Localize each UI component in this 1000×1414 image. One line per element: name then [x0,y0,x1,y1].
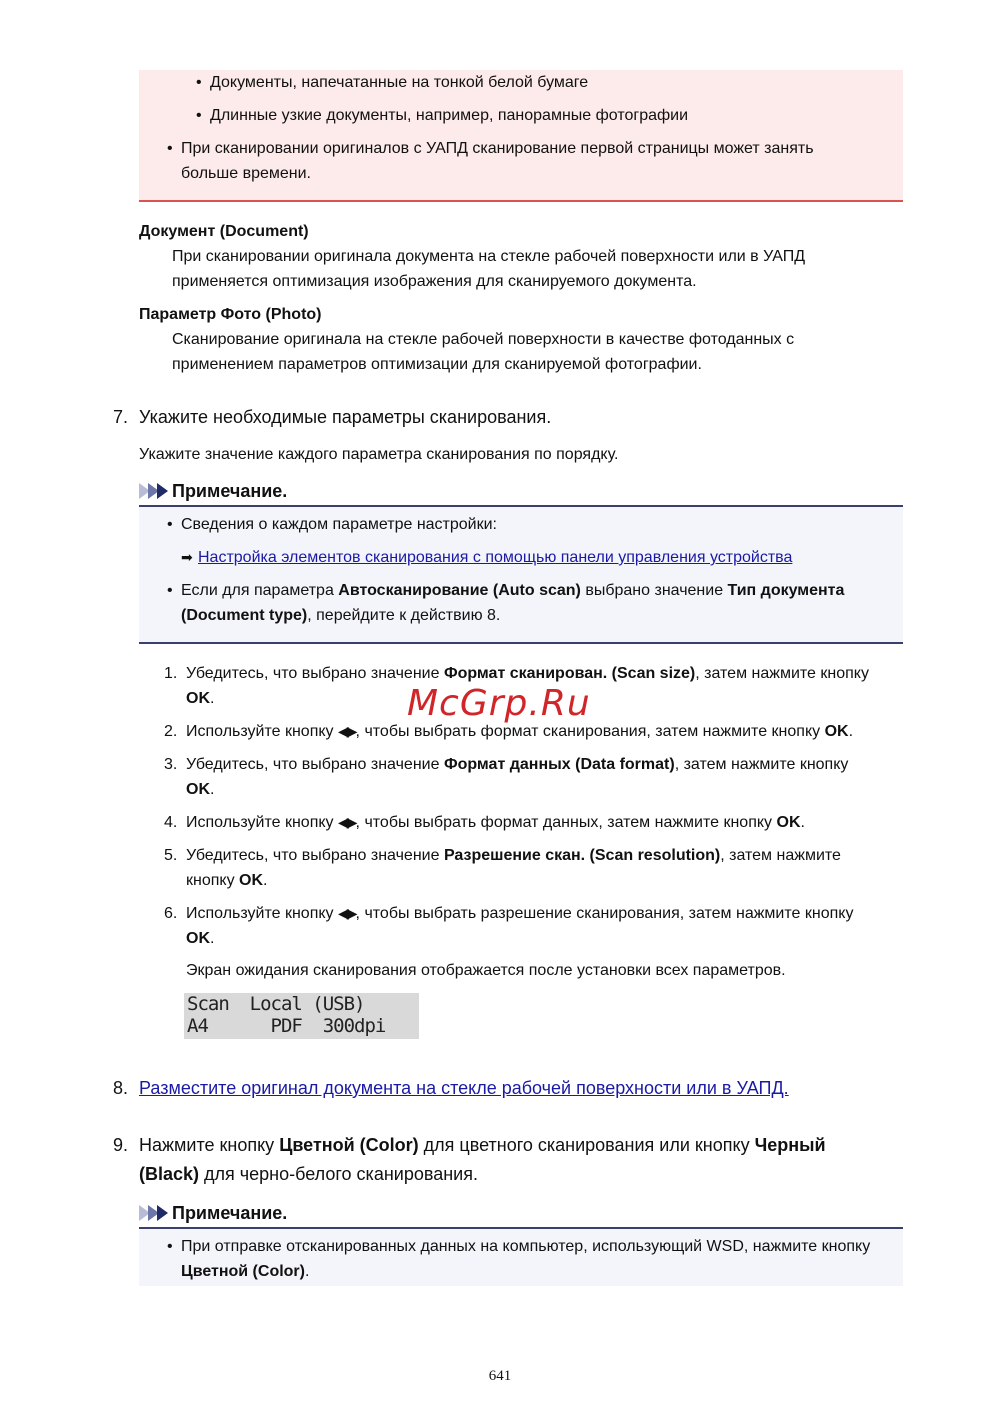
caution-subitem: Документы, напечатанные на тонкой белой … [210,70,588,95]
bullet: • [167,512,173,537]
note-item: Если для параметра Автосканирование (Aut… [181,578,844,603]
page-number: 641 [0,1368,1000,1385]
lcd-row-2: A4 PDF 300dpi [187,1015,419,1037]
caution-item-line1: При сканировании оригиналов с УАПД скани… [181,136,814,161]
watermark: McGrp.Ru [407,684,591,724]
note-item-cont: (Document type), перейдите к действию 8. [181,603,500,628]
definition-term: Параметр Фото (Photo) [139,302,322,327]
step-number: 7. [113,404,128,430]
definition-term: Документ (Document) [139,219,309,244]
note-title: Примечание. [172,1203,287,1224]
definition-text: При сканировании оригинала документа на … [172,244,805,269]
definition-text: Сканирование оригинала на стекле рабочей… [172,327,794,352]
arrow-right-icon: ➡ [181,545,193,570]
note-header: Примечание. [139,478,287,504]
place-original-link[interactable]: Разместите оригинал документа на стекле … [139,1075,789,1101]
step-number: 8. [113,1075,128,1101]
caution-subitem: Длинные узкие документы, например, панор… [210,103,688,128]
bullet: • [167,136,173,161]
definition-text: применением параметров оптимизации для с… [172,352,702,377]
lcd-row-1: Scan Local (USB) [187,993,419,1015]
note-header: Примечание. [139,1200,287,1226]
caution-item-line2: больше времени. [181,161,311,186]
bullet: • [167,578,173,603]
step-title: Нажмите кнопку Цветной (Color) для цветн… [139,1132,826,1158]
note-chevrons-icon [139,483,166,499]
bullet: • [196,70,202,95]
step-number: 9. [113,1132,128,1158]
note-item: При отправке отсканированных данных на к… [181,1234,870,1259]
left-right-arrows-icon: ◀▶ [338,723,356,739]
after-text: Экран ожидания сканирования отображается… [186,958,786,983]
note-title: Примечание. [172,481,287,502]
step-title-cont: (Black) для черно-белого сканирования. [139,1161,478,1187]
left-right-arrows-icon: ◀▶ [338,905,356,921]
settings-link[interactable]: Настройка элементов сканирования с помощ… [198,545,792,570]
bullet: • [196,103,202,128]
note-item: Сведения о каждом параметре настройки: [181,512,497,537]
bullet: • [167,1234,173,1259]
step-title: Укажите необходимые параметры сканирован… [139,404,551,430]
note-item-cont: Цветной (Color). [181,1259,309,1284]
lcd-screen: Scan Local (USB) A4 PDF 300dpi [184,993,419,1039]
left-right-arrows-icon: ◀▶ [338,814,356,830]
step-intro: Укажите значение каждого параметра скани… [139,442,618,467]
definition-text: применяется оптимизация изображения для … [172,269,697,294]
note-chevrons-icon [139,1205,166,1221]
